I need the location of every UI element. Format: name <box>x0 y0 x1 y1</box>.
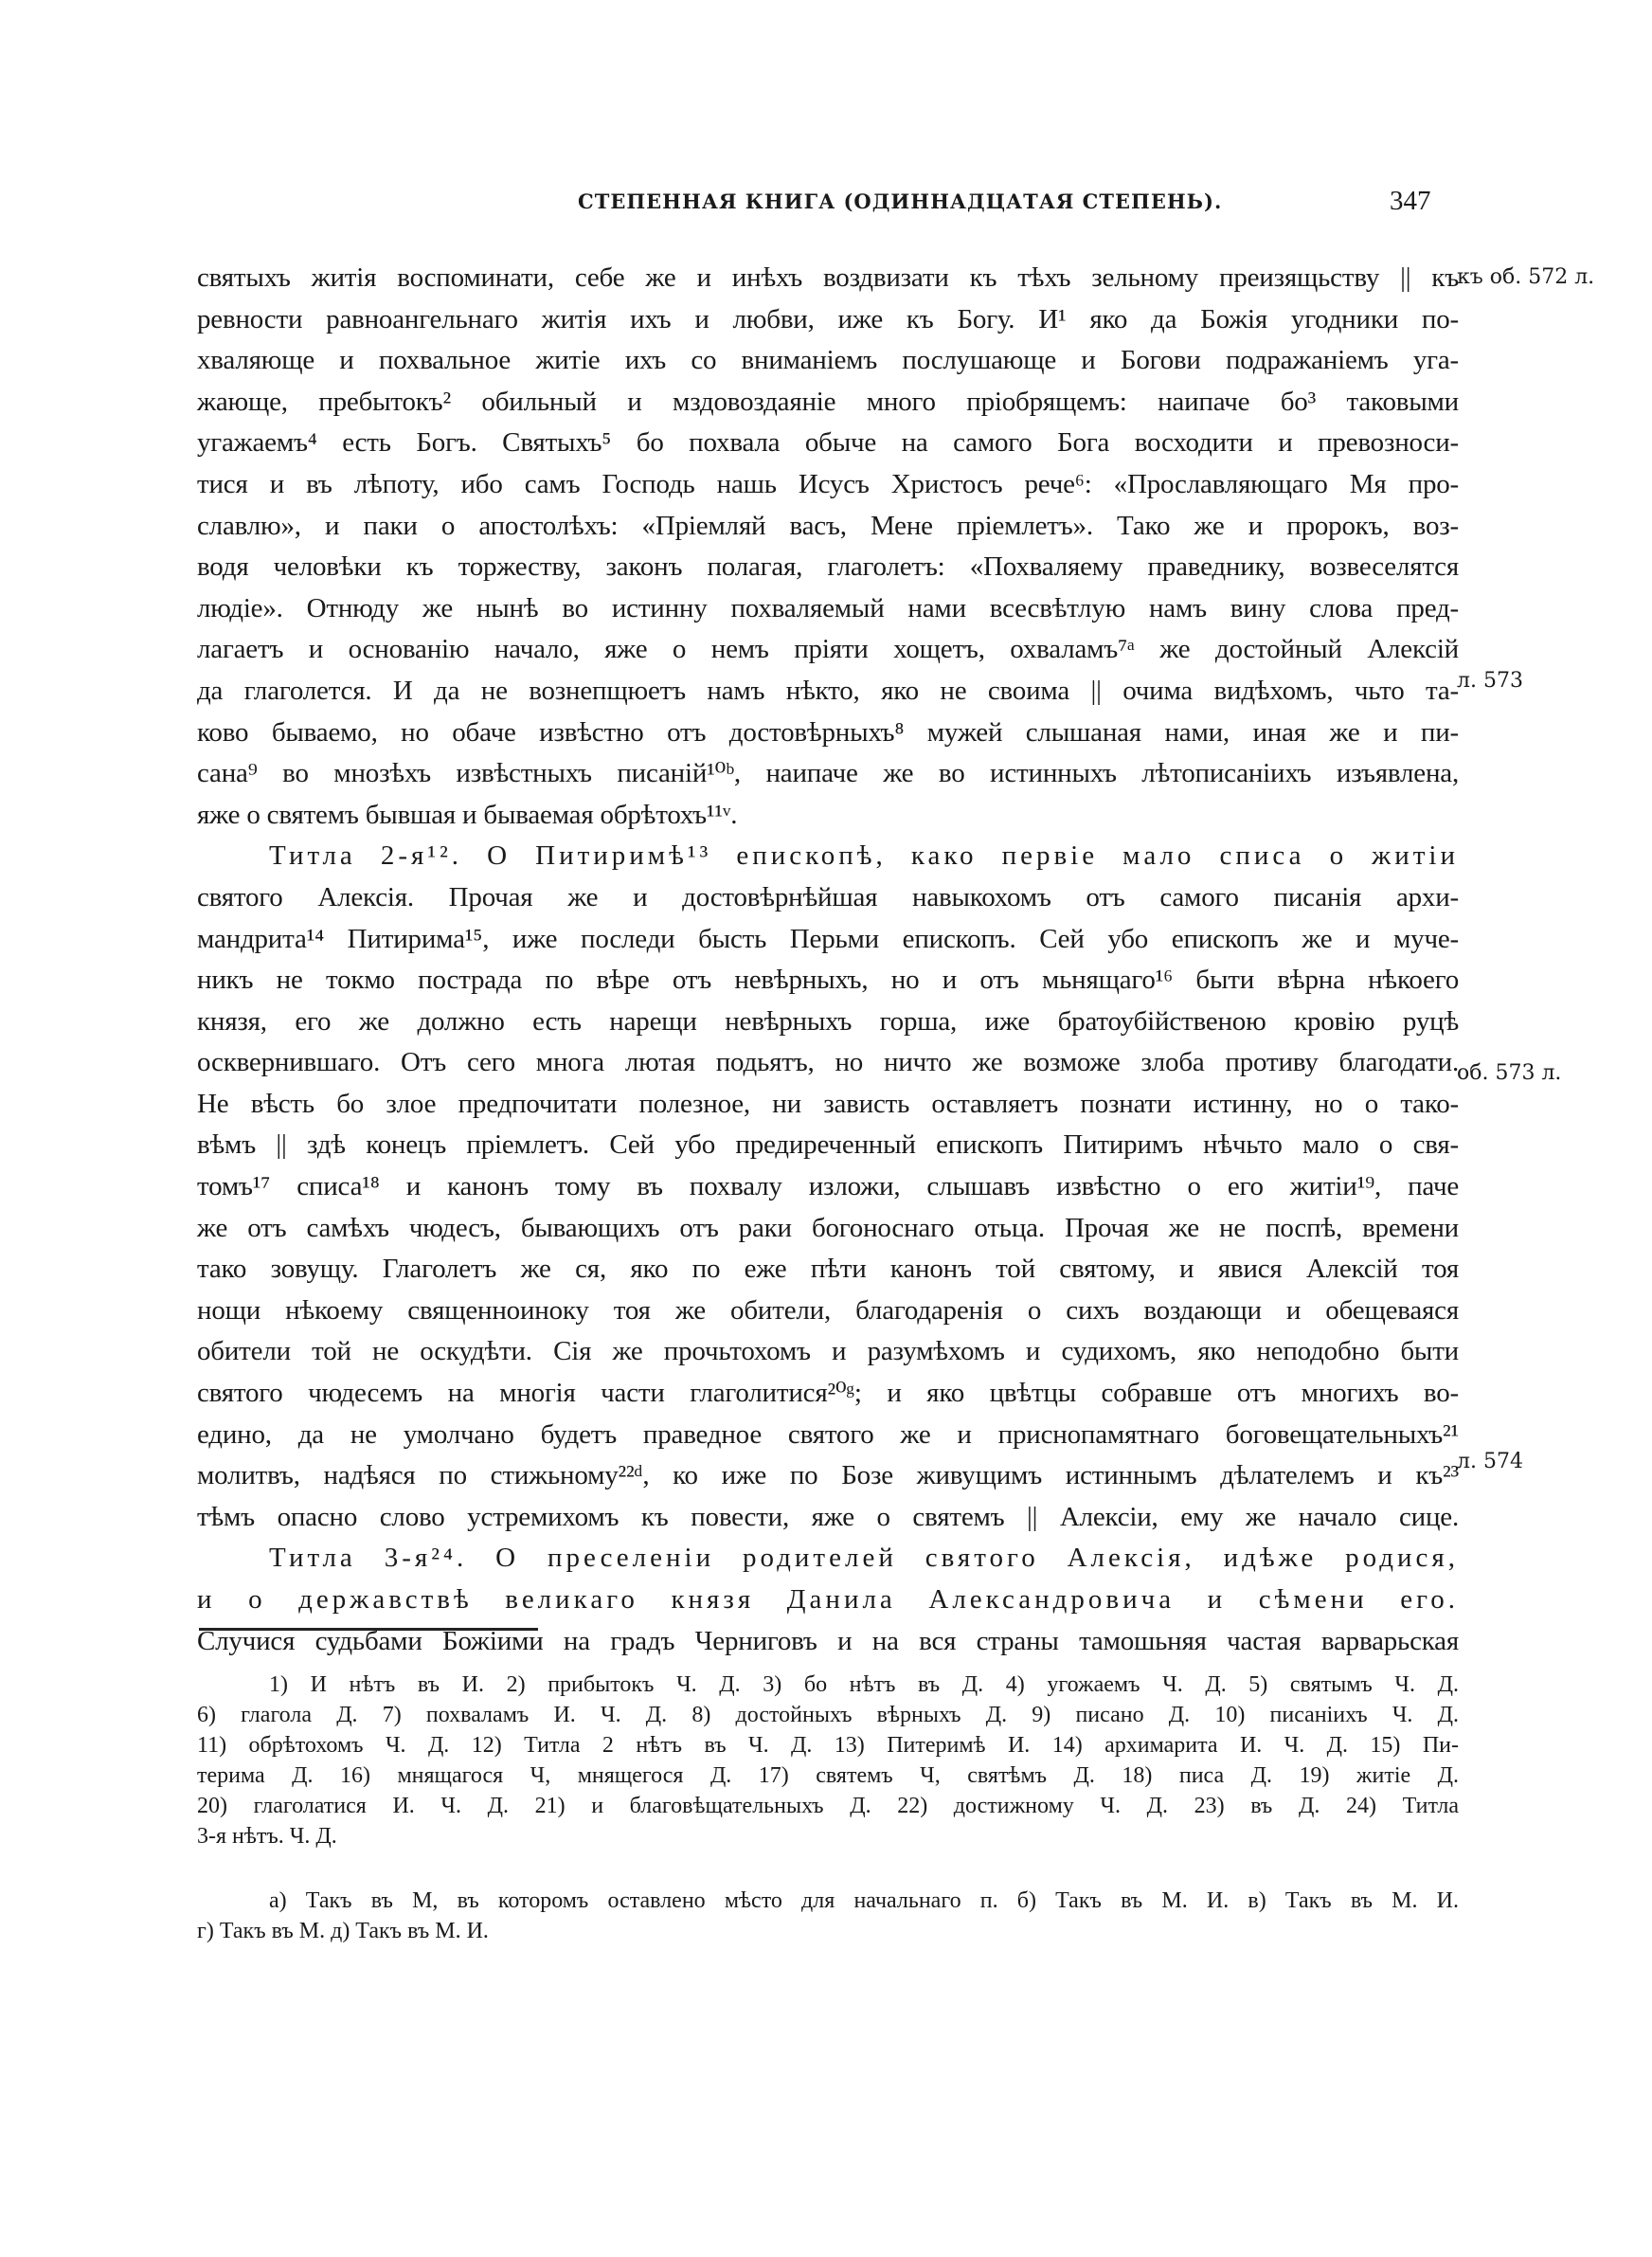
margin-folio-note: къ об. 572 л. <box>1457 265 1594 289</box>
footnote-gap <box>197 1851 1459 1886</box>
main-text: святыхъ житія воспоминати, себе же и инѣ… <box>197 258 1459 1662</box>
text-line: молитвъ, надѣяся по стижьному²²ᵈ, ко иже… <box>197 1455 1459 1497</box>
text-line: же отъ самѣхъ чюдесъ, бывающихъ отъ раки… <box>197 1208 1459 1250</box>
text-line: да глаголется. И да не вознепщюетъ намъ … <box>197 671 1459 713</box>
page-number: 347 <box>1390 186 1431 217</box>
running-head: Степенная книга (одиннадцатая степень). <box>578 190 1222 213</box>
text-line: водя человѣки къ торжеству, законъ полаг… <box>197 547 1459 588</box>
text-line: лагаетъ и основанію начало, яже о немъ п… <box>197 629 1459 671</box>
text-line: святыхъ житія воспоминати, себе же и инѣ… <box>197 258 1459 299</box>
text-line: славлю», и паки о апостолѣхъ: «Пріемляй … <box>197 506 1459 548</box>
section-heading-titla-2: Титла 2-я¹². О Питиримѣ¹³ епископѣ, како… <box>197 836 1459 877</box>
footnote-line: 1) И нѣтъ въ И. 2) прибытокъ Ч. Д. 3) бо… <box>197 1670 1459 1700</box>
text-line: яже о святемъ бывшая и бываемая обрѣтохъ… <box>197 795 1459 837</box>
text-line: Не вѣсть бо злое предпочитати полезное, … <box>197 1084 1459 1126</box>
margin-folio-note: л. 573 <box>1457 669 1523 693</box>
text-line: сана⁹ во мнозѣхъ извѣстныхъ писаній¹⁰ᵇ, … <box>197 753 1459 795</box>
book-page: Степенная книга (одиннадцатая степень). … <box>0 0 1652 2257</box>
text-line: нощи нѣкоему священноиноку тоя же обител… <box>197 1291 1459 1332</box>
text-line: угажаемъ⁴ есть Богъ. Святыхъ⁵ бо похвала… <box>197 423 1459 464</box>
footnote-line: терима Д. 16) мнящагося Ч, мнящегося Д. … <box>197 1760 1459 1791</box>
text-line: обители той не оскудѣти. Сія же прочьтох… <box>197 1331 1459 1373</box>
text-line: томъ¹⁷ списа¹⁸ и канонъ тому въ похвалу … <box>197 1166 1459 1208</box>
text-line: никъ не токмо пострада по вѣре отъ невѣр… <box>197 960 1459 1002</box>
text-line: людіе». Отнюду же нынѣ во истинну похвал… <box>197 588 1459 630</box>
section-heading-titla-3-cont: и о державствѣ великаго князя Данила Але… <box>197 1580 1459 1621</box>
text-line: жающе, пребытокъ² обильный и мздовоздаян… <box>197 382 1459 424</box>
text-line: тися и въ лѣпоту, ибо самъ Господь нашь … <box>197 464 1459 506</box>
text-line: мандрита¹⁴ Питирима¹⁵, иже последи бысть… <box>197 919 1459 961</box>
footnote-line: 3-я нѣтъ. Ч. Д. <box>197 1821 1459 1851</box>
section-heading-titla-3: Титла 3-я²⁴. О преселеніи родителей свят… <box>197 1538 1459 1580</box>
footnotes: 1) И нѣтъ въ И. 2) прибытокъ Ч. Д. 3) бо… <box>197 1670 1459 1946</box>
text-line: ревности равноангельнаго житія ихъ и люб… <box>197 299 1459 341</box>
margin-folio-note: об. 573 л. <box>1457 1061 1561 1085</box>
footnote-line: 6) глагола Д. 7) похваламъ И. Ч. Д. 8) д… <box>197 1700 1459 1730</box>
text-line: тѣмъ опасно слово устремихомъ къ повести… <box>197 1497 1459 1539</box>
footnote-line: 20) глаголатися И. Ч. Д. 21) и благовѣща… <box>197 1791 1459 1821</box>
footnote-line: 11) обрѣтохомъ Ч. Д. 12) Титла 2 нѣтъ въ… <box>197 1730 1459 1760</box>
text-line: ково бываемо, но обаче извѣстно отъ дост… <box>197 713 1459 754</box>
text-line: князя, его же должно есть нарещи невѣрны… <box>197 1002 1459 1043</box>
text-line: святого Алексія. Прочая же и достовѣрнѣй… <box>197 877 1459 919</box>
margin-folio-note: л. 574 <box>1457 1450 1523 1473</box>
text-line: вѣмъ || здѣ конецъ пріемлетъ. Сей убо пр… <box>197 1125 1459 1166</box>
text-line: осквернившаго. Отъ сего многа лютая подь… <box>197 1042 1459 1084</box>
text-line: тако зовущу. Глаголетъ же ся, яко по еже… <box>197 1249 1459 1291</box>
lettered-note-line: а) Такъ въ М, въ которомъ оставлено мѣст… <box>197 1886 1459 1916</box>
text-line: едино, да не умолчано будетъ праведное с… <box>197 1415 1459 1456</box>
lettered-note-line: г) Такъ въ М. д) Такъ въ М. И. <box>197 1916 1459 1946</box>
text-line: хваляюще и похвальное житіе ихъ со внима… <box>197 340 1459 382</box>
footnote-separator <box>199 1628 538 1631</box>
text-line: святого чюдесемъ на многія части глаголи… <box>197 1373 1459 1415</box>
